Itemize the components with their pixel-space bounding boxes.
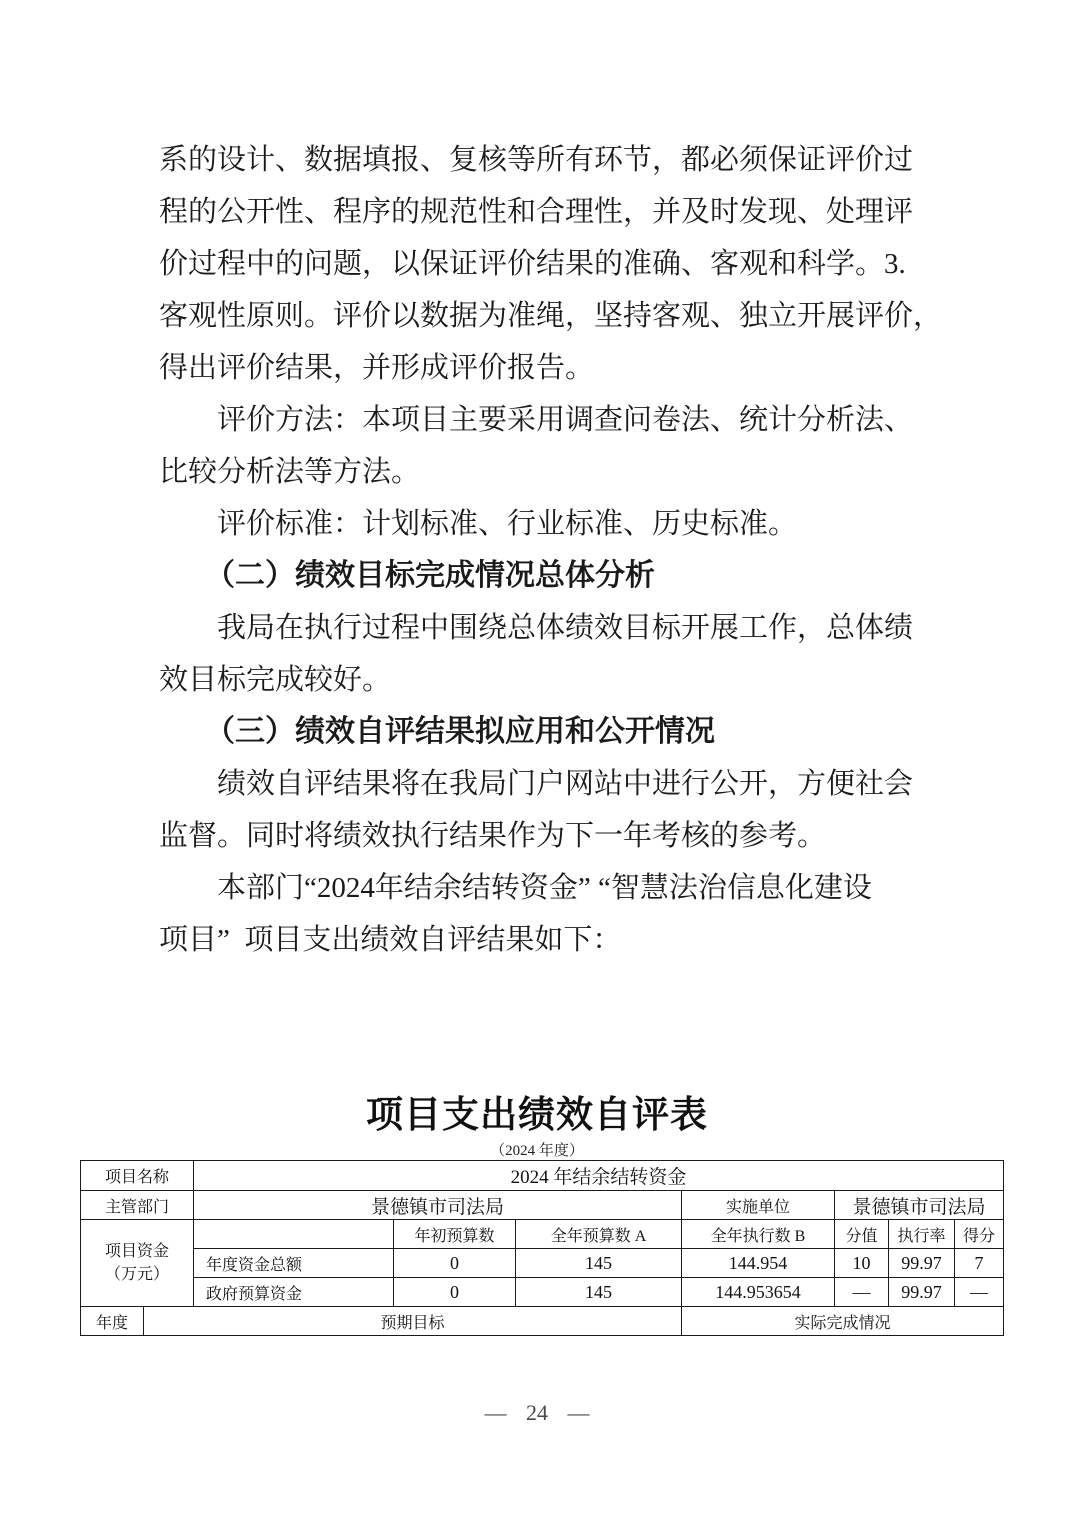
dept-value: 景德镇市司法局 — [194, 1191, 682, 1220]
text-line: 项目” 项目支出绩效自评结果如下： — [159, 914, 912, 966]
text-line: 客观性原则。评价以数据为准绳，坚持客观、独立开展评价， — [159, 290, 912, 342]
impl-unit-label: 实施单位 — [682, 1191, 835, 1220]
fund-label-line1: 项目资金 — [105, 1240, 169, 1263]
year-label: 年度 — [81, 1307, 144, 1336]
fund-exec: 144.954 — [682, 1249, 835, 1278]
fund-budget: 145 — [516, 1249, 682, 1278]
text-line: 得出评价结果，并形成评价报告。 — [159, 342, 912, 394]
text-line: 价过程中的问题，以保证评价结果的准确、客观和科学。3. — [159, 238, 912, 290]
actual-completion-label: 实际完成情况 — [682, 1307, 1004, 1336]
fund-row-label: 年度资金总额 — [194, 1249, 394, 1278]
fund-data-row: 政府预算资金 0 145 144.953654 — 99.97 — — [194, 1278, 1004, 1307]
col-exec-rate: 执行率 — [889, 1220, 955, 1249]
section-heading: （三）绩效自评结果拟应用和公开情况 — [159, 706, 912, 758]
expected-goal-label: 预期目标 — [144, 1307, 682, 1336]
table-subtitle: （2024 年度） — [0, 1139, 1074, 1160]
fund-label: 项目资金 （万元） — [81, 1220, 194, 1307]
text-line: 程的公开性、程序的规范性和合理性，并及时发现、处理评 — [159, 186, 912, 238]
fund-row-label: 政府预算资金 — [194, 1278, 394, 1307]
col-annual-budget: 全年预算数 A — [516, 1220, 682, 1249]
text-line: 效目标完成较好。 — [159, 654, 912, 706]
text-line: 本部门“2024年结余结转资金” “智慧法治信息化建设 — [159, 862, 912, 914]
col-weight: 分值 — [835, 1220, 889, 1249]
text-line: 系的设计、数据填报、复核等所有环节，都必须保证评价过 — [159, 134, 912, 186]
fund-rate: 99.97 — [889, 1249, 955, 1278]
table-title: 项目支出绩效自评表 — [0, 1084, 1074, 1138]
project-name-value: 2024 年结余结转资金 — [194, 1161, 1004, 1191]
table-row-funds: 项目资金 （万元） 年初预算数 全年预算数 A 全年执行数 B 分值 执行率 得… — [81, 1220, 1004, 1307]
fund-header-row: 年初预算数 全年预算数 A 全年执行数 B 分值 执行率 得分 — [194, 1220, 1004, 1249]
table-row-project-name: 项目名称 2024 年结余结转资金 — [81, 1161, 1004, 1191]
text-line: 比较分析法等方法。 — [159, 446, 912, 498]
fund-initial: 0 — [394, 1249, 516, 1278]
fund-rate: 99.97 — [889, 1278, 955, 1307]
col-score: 得分 — [955, 1220, 1004, 1249]
fund-header-empty — [194, 1220, 394, 1249]
fund-weight: — — [835, 1278, 889, 1307]
col-initial-budget: 年初预算数 — [394, 1220, 516, 1249]
fund-data-row: 年度资金总额 0 145 144.954 10 99.97 7 — [194, 1249, 1004, 1278]
fund-weight: 10 — [835, 1249, 889, 1278]
text-line: 评价标准：计划标准、行业标准、历史标准。 — [159, 498, 912, 550]
text-line: 评价方法：本项目主要采用调查问卷法、统计分析法、 — [159, 394, 912, 446]
fund-score: 7 — [955, 1249, 1004, 1278]
table-row-year: 年度 预期目标 实际完成情况 — [81, 1307, 1004, 1336]
fund-score: — — [955, 1278, 1004, 1307]
impl-unit-value: 景德镇市司法局 — [835, 1191, 1004, 1220]
section-heading: （二）绩效目标完成情况总体分析 — [159, 550, 912, 602]
text-line: 监督。同时将绩效执行结果作为下一年考核的参考。 — [159, 810, 912, 862]
page-number: — 24 — — [0, 1400, 1074, 1426]
col-annual-exec: 全年执行数 B — [682, 1220, 835, 1249]
self-eval-table: 项目名称 2024 年结余结转资金 主管部门 景德镇市司法局 实施单位 景德镇市… — [80, 1160, 1004, 1336]
project-name-label: 项目名称 — [81, 1161, 194, 1191]
text-line: 绩效自评结果将在我局门户网站中进行公开，方便社会 — [159, 758, 912, 810]
document-page: 系的设计、数据填报、复核等所有环节，都必须保证评价过 程的公开性、程序的规范性和… — [0, 0, 1074, 1520]
fund-exec: 144.953654 — [682, 1278, 835, 1307]
fund-budget: 145 — [516, 1278, 682, 1307]
fund-initial: 0 — [394, 1278, 516, 1307]
fund-subgrid: 年初预算数 全年预算数 A 全年执行数 B 分值 执行率 得分 年度资金总额 0… — [194, 1220, 1004, 1307]
dept-label: 主管部门 — [81, 1191, 194, 1220]
table-row-departments: 主管部门 景德镇市司法局 实施单位 景德镇市司法局 — [81, 1191, 1004, 1220]
text-line: 我局在执行过程中围绕总体绩效目标开展工作，总体绩 — [159, 602, 912, 654]
body-text: 系的设计、数据填报、复核等所有环节，都必须保证评价过 程的公开性、程序的规范性和… — [159, 134, 912, 966]
fund-label-line2: （万元） — [105, 1263, 169, 1286]
